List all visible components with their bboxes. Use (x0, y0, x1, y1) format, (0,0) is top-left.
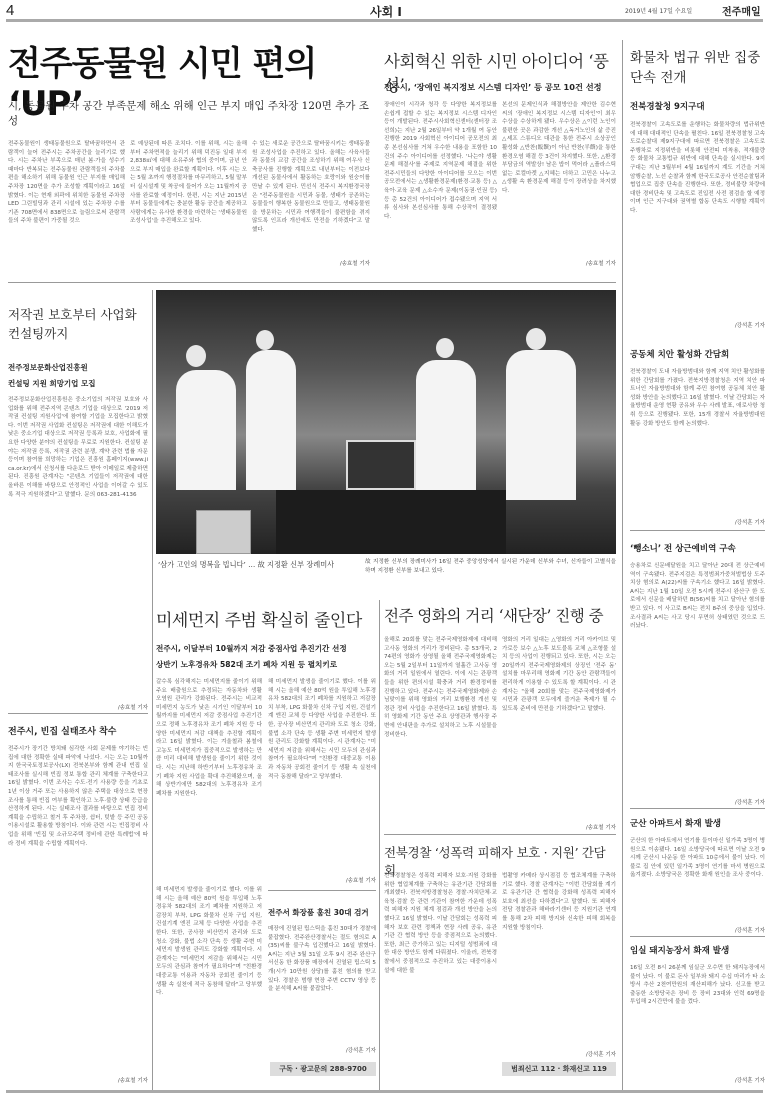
copyright-subhead-2: 컨설팅 지원 희망기업 모집 (8, 378, 148, 389)
cosmetics-headline: 전주서 화장품 훔친 30대 검거 (268, 907, 376, 918)
photo-caption-text: 故 지정환 신부의 장례미사가 16일 전주 중앙성당에서 실시된 가운데 신부… (365, 558, 616, 578)
sexual-violence-body-col1: 전북경찰청은 성폭력 피해자 보호·지원 강화를 위한 협업체계를 구축하는 유… (384, 872, 497, 1092)
copyright-byline: /송효철 기자 (8, 703, 148, 711)
cosmetics-byline: /강석훈 기자 (268, 1046, 376, 1054)
right-divider-2 (630, 808, 765, 809)
community-headline: 공동체 치안 활성화 간담회 (630, 348, 765, 360)
apartment-fire-body: 군산의 한 아파트에서 연기를 들이마신 일가족 3명이 병원으로 이송됐다. … (630, 837, 765, 925)
section-divider (8, 282, 616, 283)
ideas-body-col1: 장애인이 시각과 청각 등 다양한 복지정보를 손쉽게 접할 수 있는 복지정보… (384, 101, 497, 269)
film-divider (384, 834, 616, 835)
right-divider-3 (630, 936, 765, 937)
truck-subhead: 전북경찰청 9지구대 (630, 100, 765, 112)
apartment-fire-headline: 군산 아파트서 화재 발생 (630, 817, 765, 829)
mid-divider (268, 890, 376, 891)
film-body-col2: 영화의 거리 일대는 △영화의 거리 아카이브 및 가로등 보수 △노후 보도블… (502, 636, 616, 816)
truck-body: 전북경찰이 고속도로를 운행하는 화물차량의 법규위반에 대해 대대적인 단속을… (630, 121, 765, 321)
film-body-col1: 올해로 20회를 맞는 전주국제영화제에 대비해 고사동 영화의 거리가 정비된… (384, 636, 497, 816)
dust-headline: 미세먼지 주범 확실히 줄인다 (156, 606, 376, 631)
right-divider-1 (630, 530, 765, 531)
film-headline: 전주 영화의 거리 ‘새단장’ 진행 중 (384, 604, 616, 626)
ideas-subhead: 전주시, ‘장애인 복지정보 시스템 디자인’ 등 공모 10건 선정 (384, 82, 616, 93)
emergency-report-box: 범죄신고 112 · 화재신고 119 (502, 1062, 616, 1076)
ideas-byline: /송효철 기자 (502, 259, 616, 267)
section-title: 사회 I (370, 3, 402, 20)
zoo-subhead: 시, 동물원 주차 공간 부족문제 해소 위해 인근 부지 매입 주차장 120… (8, 98, 378, 128)
emptyhouse-byline: /송효철 기자 (8, 1076, 148, 1084)
subscription-box: 구독 · 광고문의 288-9700 (270, 1062, 376, 1076)
funeral-mass-photo (156, 290, 616, 554)
right-column-divider (622, 40, 623, 1090)
pig-farm-fire-body: 16일 오전 8시 26분께 임실군 오수면 한 돼지농장에서 불이 났다. 이… (630, 964, 765, 1074)
left-column-divider (152, 290, 153, 1090)
community-body: 전북경찰이 도내 자율방범대와 함께 지역 치안 활성화를 위한 간담회를 가졌… (630, 368, 765, 518)
film-byline: /송효철 기자 (502, 823, 616, 831)
truck-byline: /강석훈 기자 (630, 321, 765, 329)
dust-body-col2: 해 미세먼지 발생을 줄이기로 했다. 이를 위해 시는 올해 예산 80억 원… (268, 678, 376, 876)
dust-body-continued: 해 미세먼지 발생을 줄이기로 했다. 이를 위해 시는 올해 예산 80억 원… (156, 886, 262, 1056)
hitrun-body: 승용차로 신문배달원을 치고 달아난 20대 전 상근예비역이 구속됐다. 전주… (630, 562, 765, 798)
community-byline: /강석훈 기자 (630, 518, 765, 526)
zoo-body-col1: 전주동물원이 생태동물원으로 탈바꿈하면서 관람객이 늘어 전주시는 주차공간을… (8, 140, 125, 268)
emptyhouse-headline: 전주시, 빈집 실태조사 착수 (8, 724, 148, 737)
dust-byline: /송효철 기자 (268, 876, 376, 884)
truck-headline: 화물차 법규 위반 집중 단속 전개 (630, 48, 765, 88)
sexual-violence-byline: /강석훈 기자 (502, 1050, 616, 1058)
newspaper-brand: 전주매일 (722, 3, 761, 18)
zoo-body-col2: 로 예상된데 따른 조치다. 이를 위해, 시는 올해부터 주차면적을 늘리기 … (130, 140, 247, 268)
emptyhouse-body: 전주시가 장기간 방치돼 심각한 사회 문제를 야기하는 빈집에 대한 정확한 … (8, 745, 148, 1077)
sexual-violence-body-col2: 법촬영 카메라 상시점검 등 협조체계를 구축하기로 했다. 경찰 관계자는 "… (502, 872, 616, 1052)
copyright-subhead-1: 전주정보문화산업진흥원 (8, 362, 148, 373)
center-divider (379, 600, 380, 1090)
copyright-body: 전주정보문화산업진흥원은 중소기업의 저작권 보호와 사업화를 위해 전주지역 … (8, 396, 148, 704)
copyright-headline: 저작권 보호부터 사업화 컨설팅까지 (8, 305, 148, 343)
photo-caption-title: ‘삼가 고인의 명복을 빕니다’ … 故 지정환 신부 장례미사 (158, 560, 358, 570)
hitrun-byline: /강석훈 기자 (630, 798, 765, 806)
page-number: 4 (6, 2, 14, 19)
portrait-frame (196, 510, 251, 554)
cosmetics-body: 매장에 진열된 립스틱을 훔친 30대가 경찰에 붙잡혔다. 전주완산경찰서는 … (268, 925, 376, 1047)
pig-farm-fire-byline: /강석훈 기자 (630, 1076, 765, 1084)
left-divider (8, 713, 148, 714)
dust-subhead-2: 상반기 노후경유차 582대 조기 폐차 지원 등 펼치키로 (156, 659, 376, 670)
pig-farm-fire-headline: 임실 돼지농장서 화재 발생 (630, 944, 765, 956)
dust-body-col1: 갈수록 심각해지는 미세먼지를 줄이기 위해 주요 배출원으로 추정되는 자동차… (156, 678, 262, 886)
header-rule (6, 19, 763, 22)
footer-rule (6, 1090, 763, 1093)
issue-date: 2019년 4월 17일 수요일 (625, 6, 692, 15)
ideas-body-col2: 본선의 문제인식과 해결방안을 제안한 김수현씨의 '장애인 복지정보 시스템 … (502, 101, 616, 259)
hitrun-headline: ‘뺑소니’ 전 상근예비역 구속 (630, 542, 765, 554)
zoo-byline: /송효철 기자 (252, 259, 370, 267)
apartment-fire-byline: /강석훈 기자 (630, 926, 765, 934)
zoo-body-col3: 수 있는 새로운 공간으로 탈바꿈시키는 생태동물원 조성사업을 추진하고 있다… (252, 140, 370, 260)
dust-subhead-1: 전주시, 이달부터 10월까지 저감 중점사업 추진기간 선정 (156, 643, 376, 654)
